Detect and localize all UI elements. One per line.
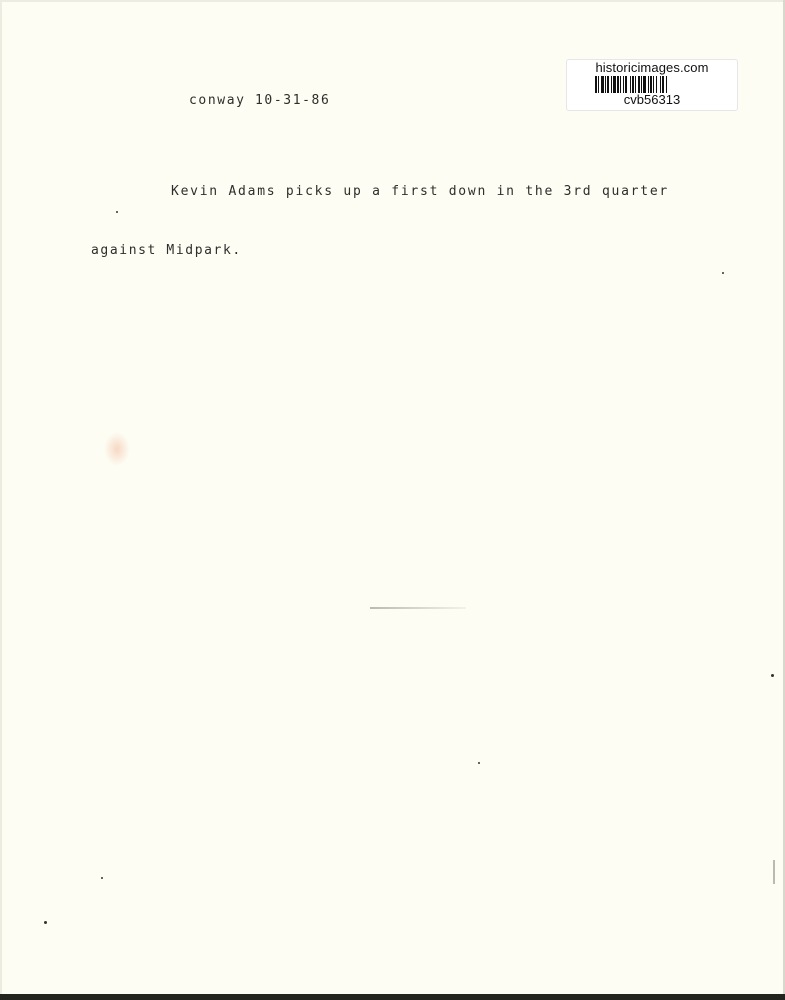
caption-line-1: Kevin Adams picks up a first down in the… [171, 184, 669, 199]
ink-speck [116, 211, 118, 213]
archive-label: historicimages.com cvb56313 [566, 59, 738, 111]
ink-speck [101, 877, 103, 879]
ink-speck [44, 921, 47, 924]
photo-back-paper: conway 10-31-86 Kevin Adams picks up a f… [0, 0, 785, 994]
dateline: conway 10-31-86 [189, 93, 330, 108]
stain-mark [104, 432, 130, 466]
ink-speck [771, 674, 774, 677]
scan-edge [0, 994, 785, 1000]
edge-scratch [773, 860, 775, 884]
ink-speck [478, 762, 480, 764]
smudge-mark [370, 607, 466, 609]
label-id: cvb56313 [567, 93, 737, 106]
barcode-icon [595, 76, 709, 93]
label-site: historicimages.com [567, 61, 737, 75]
ink-speck [722, 272, 724, 274]
caption-line-2: against Midpark. [91, 243, 242, 258]
